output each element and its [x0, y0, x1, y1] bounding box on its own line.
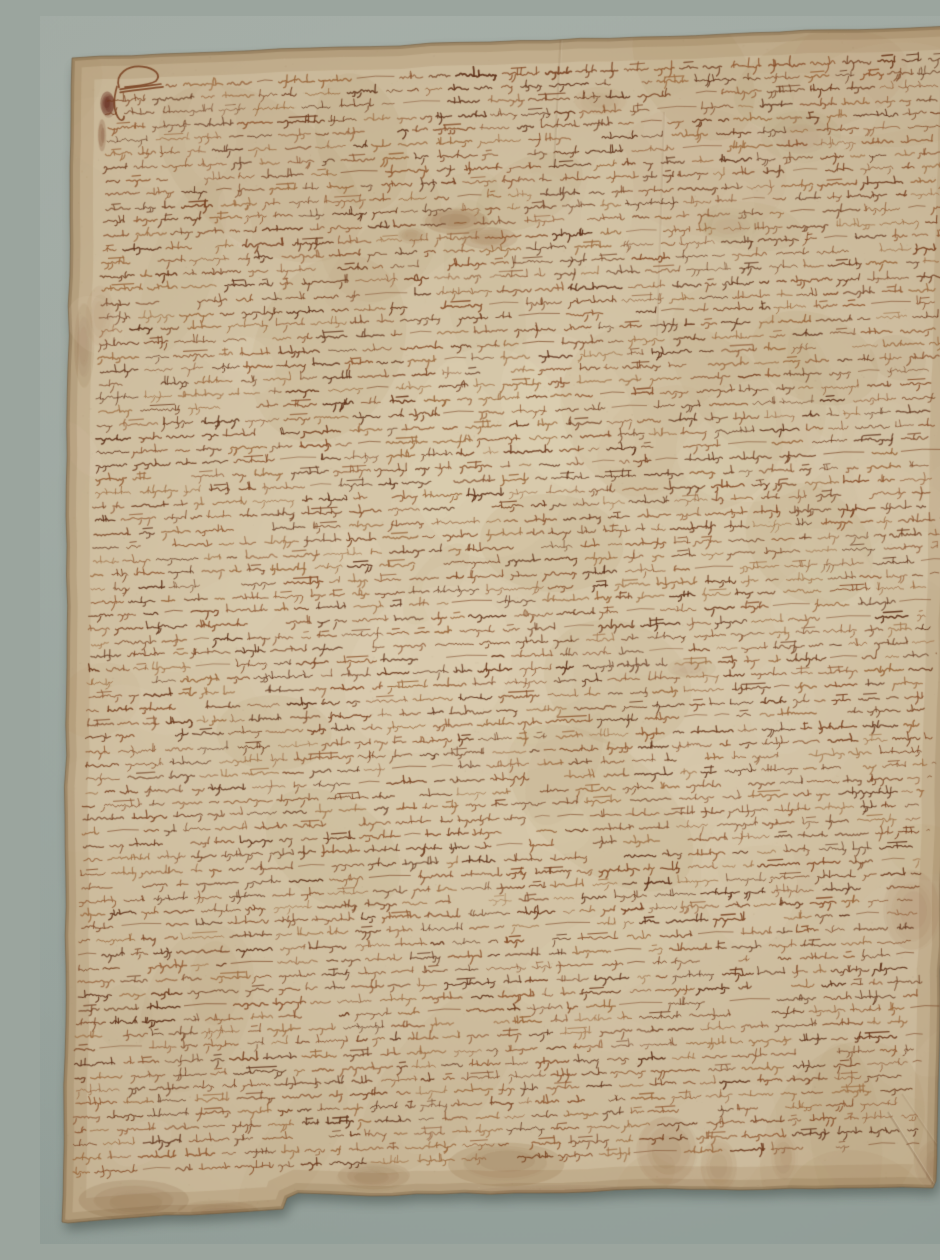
- parchment-manuscript-canvas: [40, 16, 940, 1244]
- manuscript-photo: Photograph of a single-leaf medieval par…: [40, 16, 940, 1244]
